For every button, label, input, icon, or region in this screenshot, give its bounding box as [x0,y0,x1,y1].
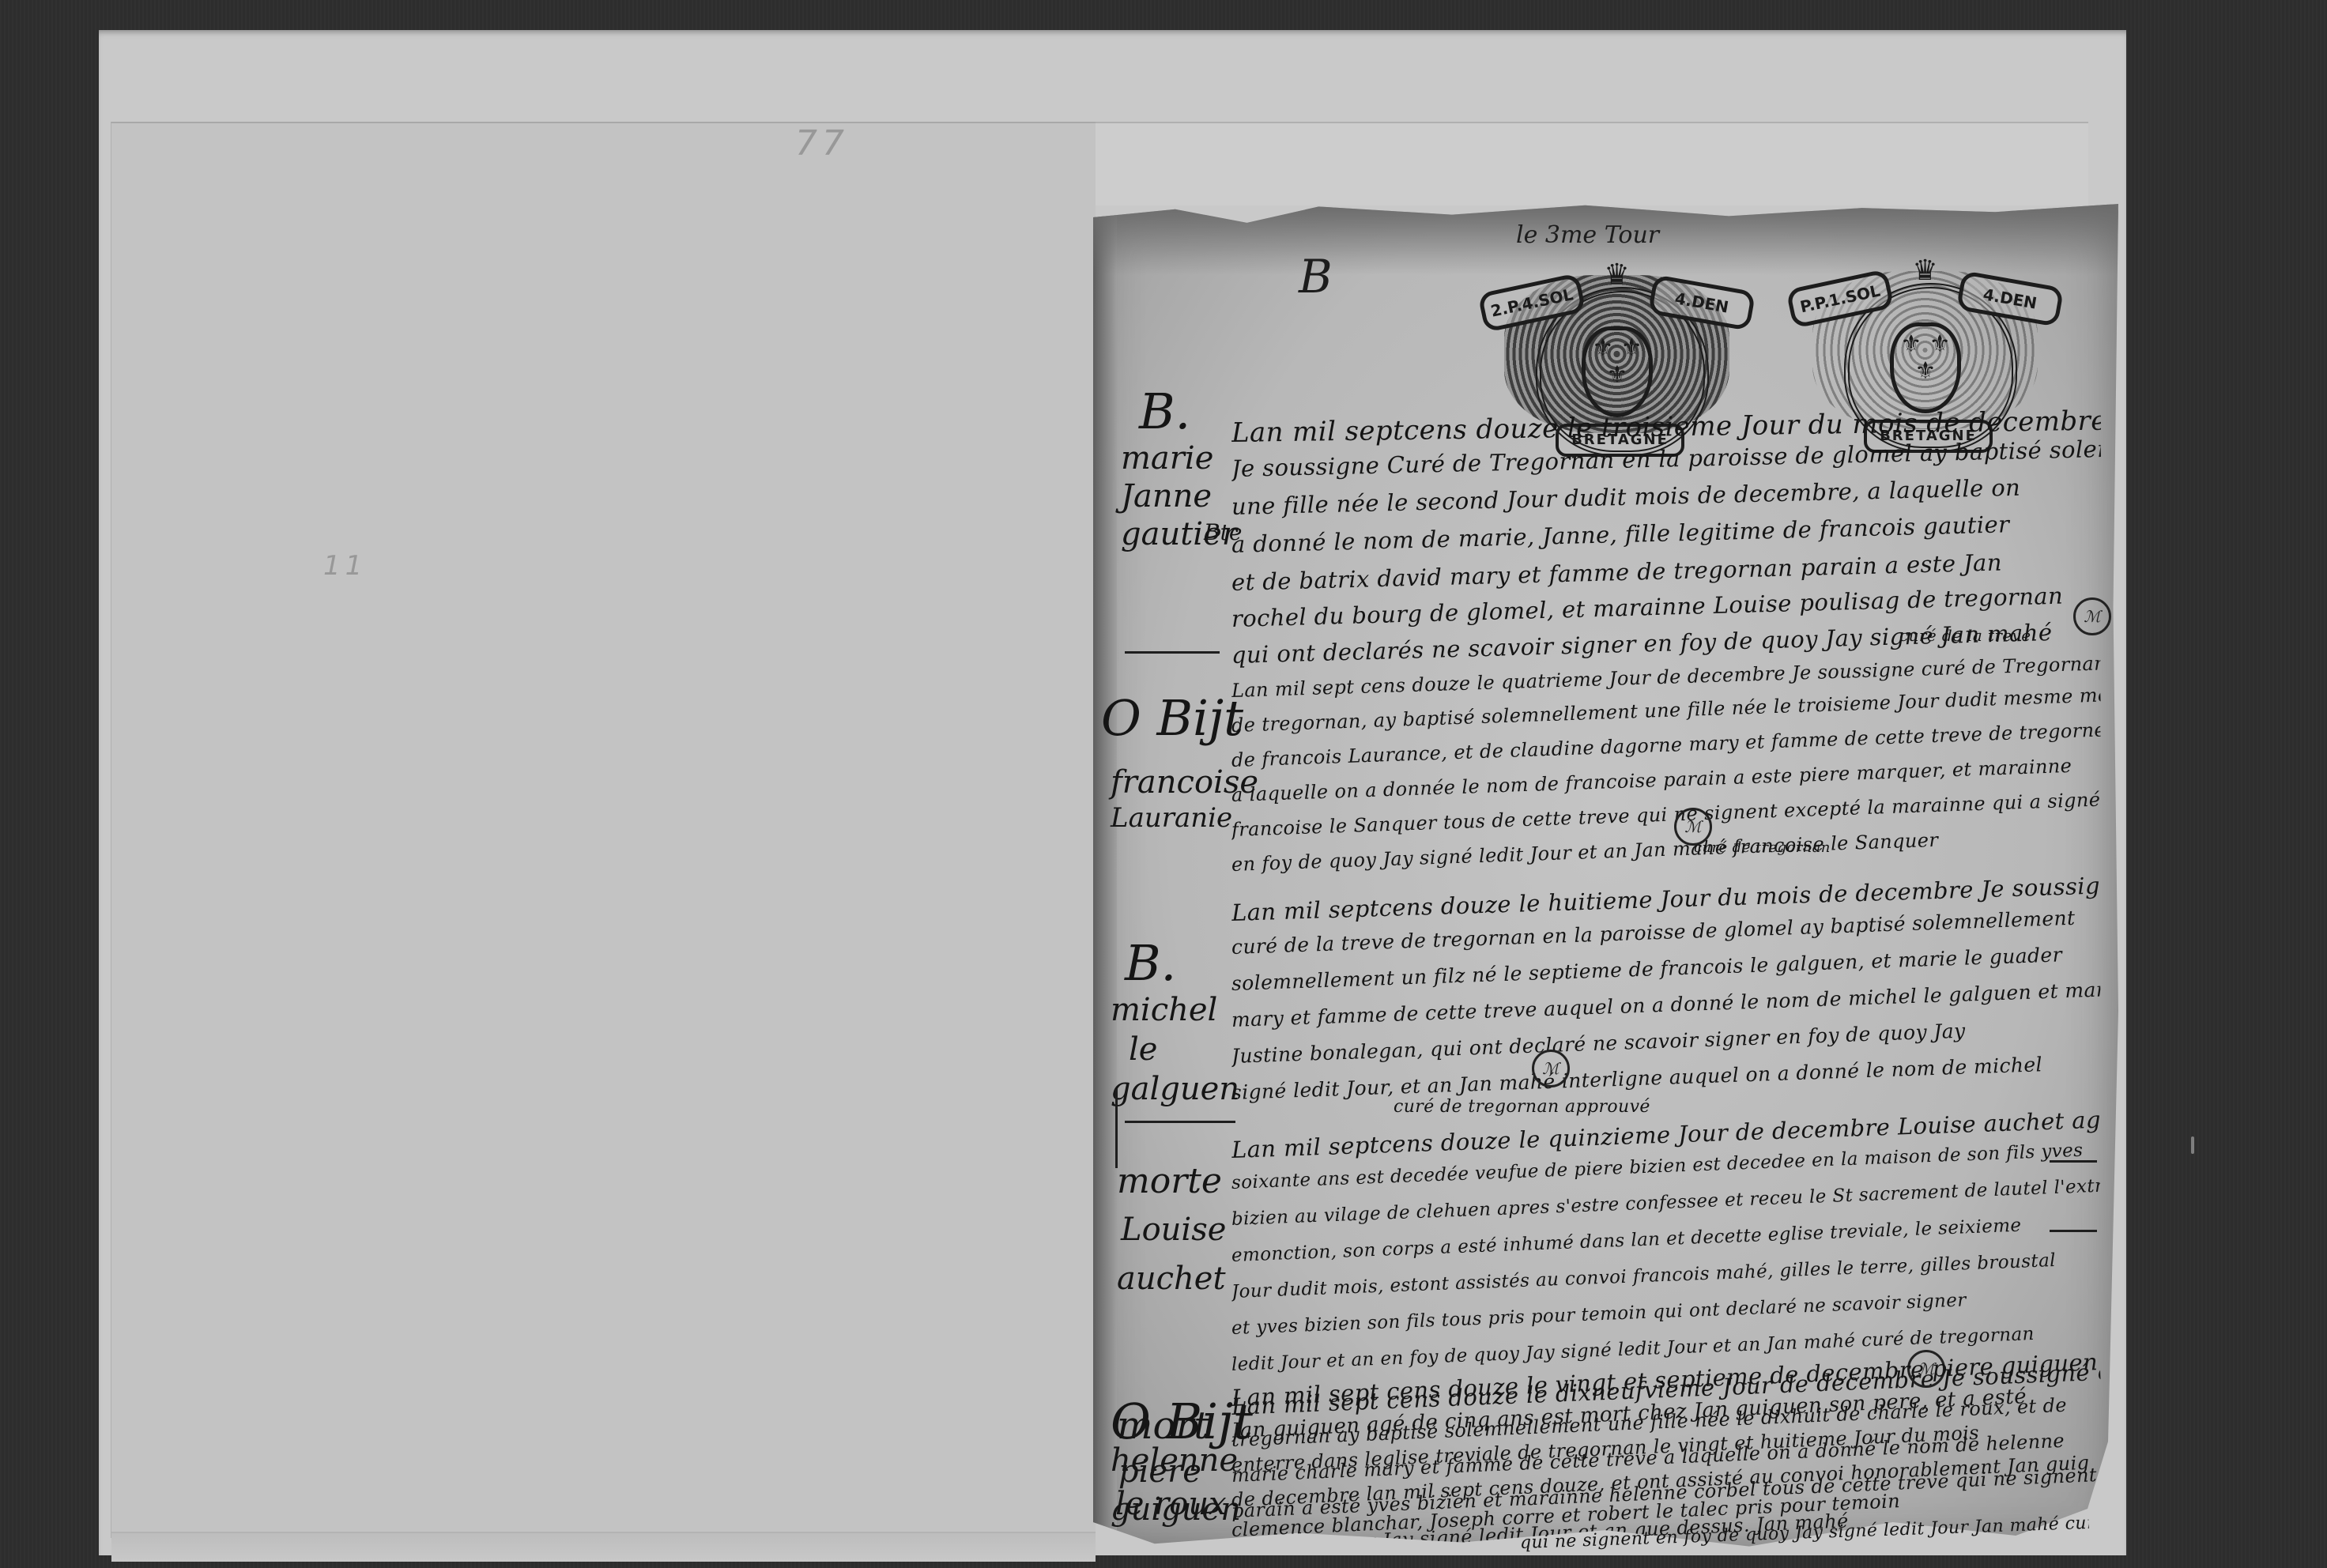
paraph-mark: ℳ [1674,808,1712,846]
manuscript-page: B le 3me Tour ♛ 2.P.4.SOL 4.DEN ⚜ ⚜⚜ BRE… [1093,204,2118,1549]
page-note: le 3me Tour [1516,221,1659,249]
paraph-mark: ℳ [1532,1050,1570,1087]
margin-name: Louise [1121,1214,1226,1246]
crown-icon: ♛ [1891,255,1959,287]
folio-letter: B [1299,250,1333,303]
pencil-mark: 11 [323,550,367,582]
entry-line: curé de tregornan approuvé [1394,1097,1868,1117]
left-blank-page: 77 11 [111,122,1096,1538]
signature-title: curé de la treve [1899,626,2057,645]
page-fold [111,1532,1096,1562]
margin-name: helenne [1111,1445,1238,1476]
crown-icon: ♛ [1583,259,1650,291]
paraph-mark: ℳ [2073,597,2111,635]
margin-type-obit: O Bijt [1101,694,1243,743]
margin-type-baptism: B. [1125,939,1176,988]
binding-edge [1093,204,1117,1549]
scanner-speck [2191,1136,2194,1154]
line-filler [2050,1160,2097,1163]
entry-divider [1125,651,1220,654]
paraph-mark: ℳ [1907,1350,1945,1388]
margin-name: marie [1121,443,1213,474]
entry-divider [1125,1121,1235,1123]
inner-sheet [1095,122,2088,205]
margin-name: le roux [1115,1488,1227,1520]
pencil-folio-number: 77 [795,123,849,164]
margin-name: auchet [1117,1263,1226,1295]
signature-title: curé de tregornan [1694,839,1852,856]
margin-name: michel [1111,994,1217,1026]
margin-bracket [1115,1089,1118,1168]
line-filler [2050,1230,2097,1232]
margin-name: galguen [1111,1073,1239,1105]
ermine-shield-icon: ⚜ ⚜⚜ [1890,322,1961,413]
margin-name: le [1129,1034,1157,1065]
margin-type-baptism: B. [1139,387,1190,436]
margin-name: Janne [1121,481,1212,512]
ermine-shield-icon: ⚜ ⚜⚜ [1582,326,1653,417]
margin-type-death: morte [1117,1164,1222,1199]
margin-name: Lauranie [1111,805,1232,831]
